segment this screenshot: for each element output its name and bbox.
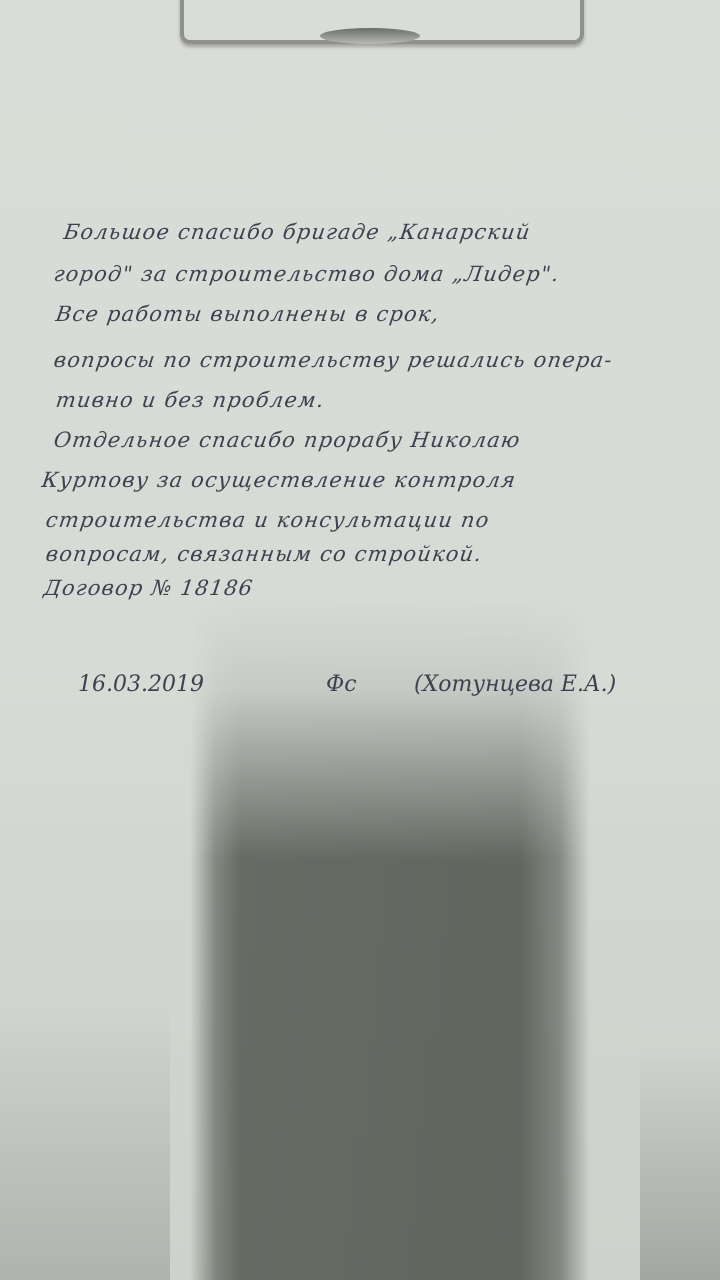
letter-line: Отдельное спасибо прорабу Николаю: [52, 428, 522, 452]
shadow-left: [0, 1000, 170, 1280]
letter-line: строительства и консультации по: [44, 508, 491, 532]
letter-line: Большое спасибо бригаде „Канарский: [62, 220, 532, 244]
letter-line: Куртову за осуществление контроля: [40, 468, 518, 492]
letter-line: город" за строительство дома „Лидер".: [52, 262, 561, 286]
letter-line: тивно и без проблем.: [54, 388, 326, 412]
letter-line: Все работы выполнены в срок,: [54, 302, 441, 326]
date: 16.03.2019: [78, 672, 204, 697]
clipboard-clip-bump: [320, 28, 420, 44]
contract-number: Договор № 18186: [42, 576, 255, 600]
signatory-name: (Хотунцева Е.А.): [414, 672, 616, 697]
shadow-right: [640, 1050, 720, 1280]
letter-line: вопросам, связанным со стройкой.: [44, 542, 484, 566]
letter-line: вопросы по строительству решались опера-: [52, 348, 614, 372]
signature: Фс: [326, 672, 357, 697]
